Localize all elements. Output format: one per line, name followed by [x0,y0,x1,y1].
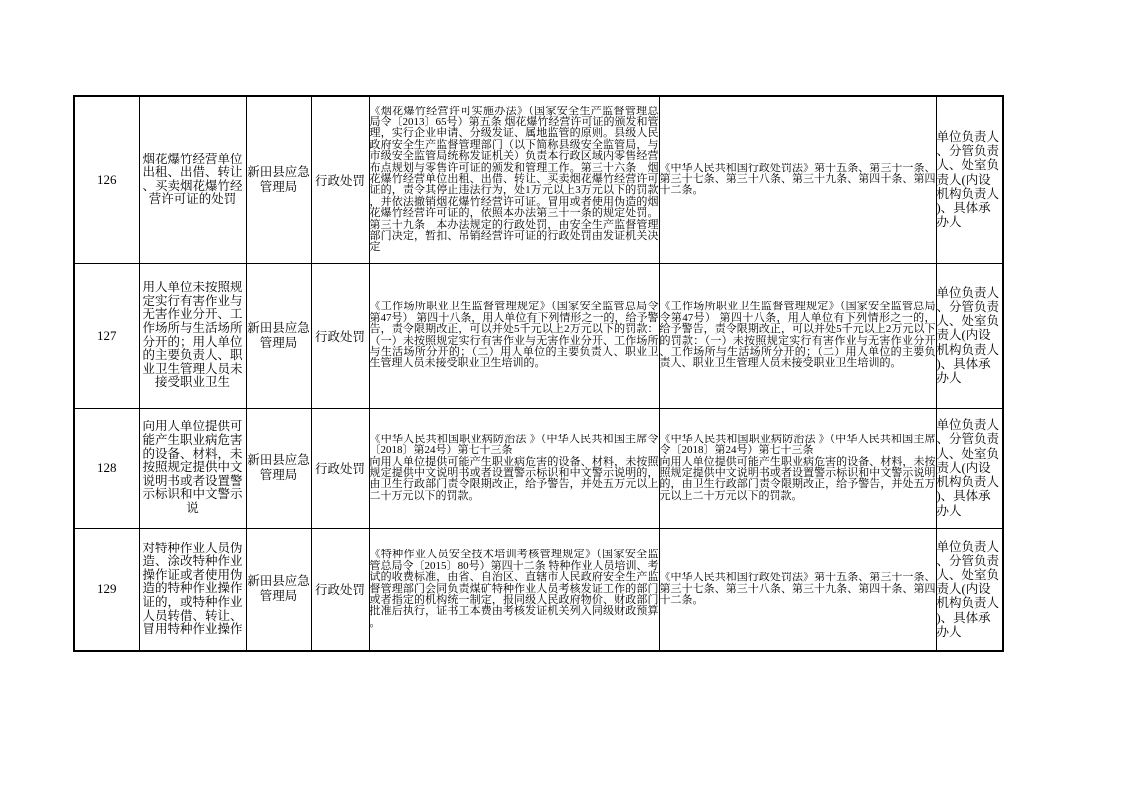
item-cell: 用人单位未按照规定实行有害作业与无害作业分开、工作场所与生活场所分开的；用人单位… [139,263,246,408]
legal-basis-2: 《中华人民共和国职业病防治法 》（中华人民共和国主席令〔2018〕第24号）第七… [660,434,936,502]
responsible-cell: 单位负责人、分管负责人、处室负责人(内设机构负责人)、具体承办人 [936,408,1003,528]
agency-name: 新田县应急管理局 [247,321,311,351]
item-cell: 对特种作业人员伪造、涂改特种作业操作证或者使用伪造的特种作业操作证的，或特种作业… [139,528,246,651]
legal-basis-1: 《烟花爆竹经营许可实施办法》（国家安全生产监督管理总局令〔2013〕65号）第五… [370,106,659,254]
row-number: 126 [75,172,139,188]
agency-name: 新田县应急管理局 [247,165,311,195]
item-cell: 向用人单位提供可能产生职业病危害的设备、材料，未按照规定提供中文说明书或者设置警… [139,408,246,528]
row-number: 127 [75,328,139,344]
agency-cell: 新田县应急管理局 [246,263,311,408]
row-number: 129 [75,581,139,597]
type-label: 行政处罚 [312,459,369,477]
table-sheet: 126 烟花爆竹经营单位出租、出借、转让、买卖烟花爆竹经营许可证的处罚 新田县应… [73,95,1004,652]
item-name: 烟花爆竹经营单位出租、出借、转让、买卖烟花爆竹经营许可证的处罚 [140,153,246,207]
type-label: 行政处罚 [312,171,369,189]
basis2-cell: 《中华人民共和国行政处罚法》第十五条、第三十一条、第三十七条、第三十八条、第三十… [659,96,936,263]
responsible-persons: 单位负责人、分管负责人、处室负责人(内设机构负责人)、具体承办人 [937,418,1003,517]
row-number-cell: 127 [74,263,139,408]
responsible-cell: 单位负责人、分管负责人、处室负责人(内设机构负责人)、具体承办人 [936,528,1003,651]
responsible-persons: 单位负责人、分管负责人、处室负责人(内设机构负责人)、具体承办人 [937,286,1003,385]
table-row: 129 对特种作业人员伪造、涂改特种作业操作证或者使用伪造的特种作业操作证的，或… [74,528,1003,651]
agency-cell: 新田县应急管理局 [246,528,311,651]
table-row: 128 向用人单位提供可能产生职业病危害的设备、材料，未按照规定提供中文说明书或… [74,408,1003,528]
legal-basis-1: 《特种作业人员安全技术培训考核管理规定》（国家安全监管总局令〔2015〕80号）… [370,549,659,629]
type-cell: 行政处罚 [311,96,369,263]
basis2-cell: 《中华人民共和国职业病防治法 》（中华人民共和国主席令〔2018〕第24号）第七… [659,408,936,528]
row-number-cell: 126 [74,96,139,263]
basis1-cell: 《中华人民共和国职业病防治法 》（中华人民共和国主席令〔2018〕第24号）第七… [369,408,659,528]
agency-cell: 新田县应急管理局 [246,96,311,263]
table-row: 127 用人单位未按照规定实行有害作业与无害作业分开、工作场所与生活场所分开的；… [74,263,1003,408]
responsible-persons: 单位负责人、分管负责人、处室负责人(内设机构负责人)、具体承办人 [937,540,1003,639]
basis1-cell: 《工作场所职业卫生监督管理规定》（国家安全监管总局令第47号） 第四十八条，用人… [369,263,659,408]
type-cell: 行政处罚 [311,528,369,651]
row-number-cell: 128 [74,408,139,528]
legal-basis-2: 《中华人民共和国行政处罚法》第十五条、第三十一条、第三十七条、第三十八条、第三十… [660,572,936,606]
legal-basis-1: 《工作场所职业卫生监督管理规定》（国家安全监管总局令第47号） 第四十八条，用人… [370,301,659,369]
table-row: 126 烟花爆竹经营单位出租、出借、转让、买卖烟花爆竹经营许可证的处罚 新田县应… [74,96,1003,263]
agency-cell: 新田县应急管理局 [246,408,311,528]
item-name: 向用人单位提供可能产生职业病危害的设备、材料，未按照规定提供中文说明书或者设置警… [140,420,246,515]
document-page: 126 烟花爆竹经营单位出租、出借、转让、买卖烟花爆竹经营许可证的处罚 新田县应… [0,0,1122,793]
legal-basis-1: 《中华人民共和国职业病防治法 》（中华人民共和国主席令〔2018〕第24号）第七… [370,434,659,502]
responsible-cell: 单位负责人、分管负责人、处室负责人(内设机构负责人)、具体承办人 [936,96,1003,263]
responsible-cell: 单位负责人、分管负责人、处室负责人(内设机构负责人)、具体承办人 [936,263,1003,408]
type-cell: 行政处罚 [311,408,369,528]
type-label: 行政处罚 [312,327,369,345]
legal-basis-2: 《工作场所职业卫生监督管理规定》（国家安全监管总局令第47号） 第四十八条，用人… [660,301,936,369]
basis2-cell: 《中华人民共和国行政处罚法》第十五条、第三十一条、第三十七条、第三十八条、第三十… [659,528,936,651]
item-cell: 烟花爆竹经营单位出租、出借、转让、买卖烟花爆竹经营许可证的处罚 [139,96,246,263]
item-name: 用人单位未按照规定实行有害作业与无害作业分开、工作场所与生活场所分开的；用人单位… [140,281,246,390]
row-number-cell: 129 [74,528,139,651]
row-number: 128 [75,460,139,476]
item-name: 对特种作业人员伪造、涂改特种作业操作证或者使用伪造的特种作业操作证的，或特种作业… [140,542,246,637]
responsible-persons: 单位负责人、分管负责人、处室负责人(内设机构负责人)、具体承办人 [937,130,1003,229]
type-label: 行政处罚 [312,580,369,598]
agency-name: 新田县应急管理局 [247,574,311,604]
penalty-items-table: 126 烟花爆竹经营单位出租、出借、转让、买卖烟花爆竹经营许可证的处罚 新田县应… [73,95,1004,652]
basis2-cell: 《工作场所职业卫生监督管理规定》（国家安全监管总局令第47号） 第四十八条，用人… [659,263,936,408]
type-cell: 行政处罚 [311,263,369,408]
agency-name: 新田县应急管理局 [247,453,311,483]
basis1-cell: 《烟花爆竹经营许可实施办法》（国家安全生产监督管理总局令〔2013〕65号）第五… [369,96,659,263]
legal-basis-2: 《中华人民共和国行政处罚法》第十五条、第三十一条、第三十七条、第三十八条、第三十… [660,163,936,197]
basis1-cell: 《特种作业人员安全技术培训考核管理规定》（国家安全监管总局令〔2015〕80号）… [369,528,659,651]
